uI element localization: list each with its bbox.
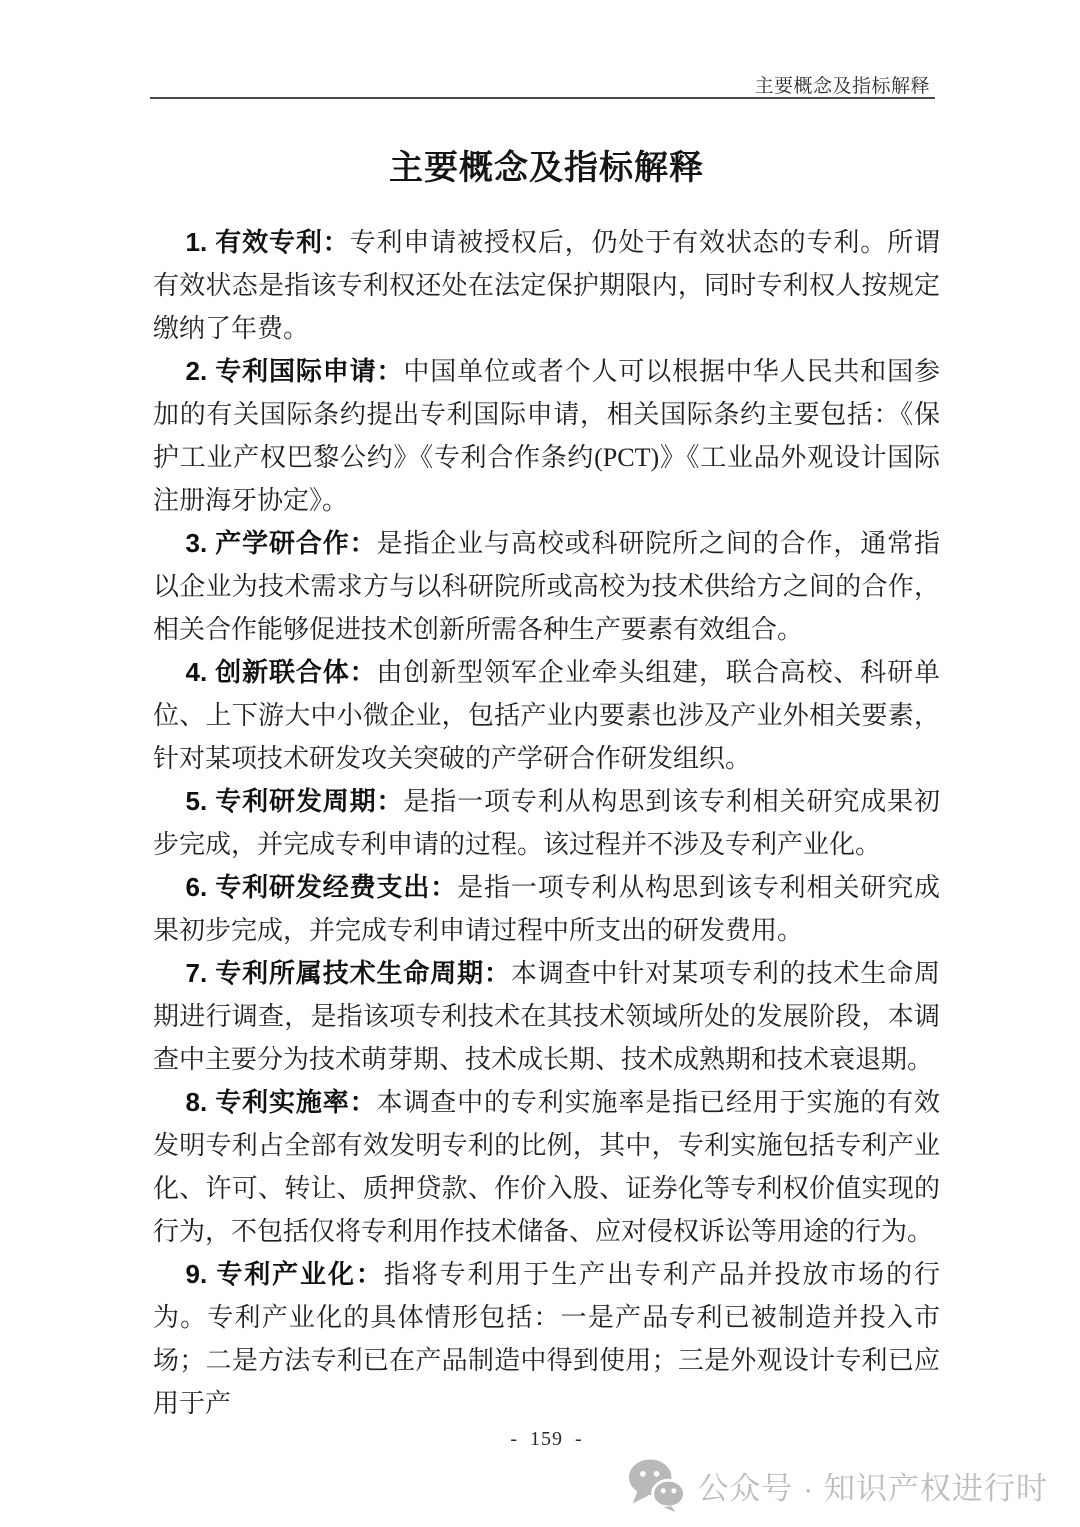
paragraph-7: 7. 专利所属技术生命周期：本调查中针对某项专利的技术生命周期进行调查，是指该项… — [153, 952, 940, 1081]
running-header: 主要概念及指标解释 — [754, 71, 930, 98]
wechat-icon — [627, 1457, 685, 1513]
paragraph-5: 5. 专利研发周期：是指一项专利从构思到该专利相关研究成果初步完成，并完成专利申… — [153, 780, 940, 866]
page-title: 主要概念及指标解释 — [153, 140, 940, 189]
paragraph-4: 4. 创新联合体：由创新型领军企业牵头组建，联合高校、科研单位、上下游大中小微企… — [153, 651, 940, 780]
paragraph-1: 1. 有效专利：专利申请被授权后，仍处于有效状态的专利。所谓有效状态是指该专利权… — [153, 221, 940, 350]
paragraph-2: 2. 专利国际申请：中国单位或者个人可以根据中华人民共和国参加的有关国际条约提出… — [153, 350, 940, 522]
term-label-5: 5. 专利研发周期： — [186, 786, 404, 816]
header-rule — [150, 97, 935, 99]
watermark-text: 公众号 · 知识产权进行时 — [697, 1463, 1048, 1508]
term-label-6: 6. 专利研发经费支出： — [186, 872, 458, 902]
term-label-4: 4. 创新联合体： — [186, 657, 377, 687]
term-label-9: 9. 专利产业化： — [186, 1259, 384, 1289]
term-label-7: 7. 专利所属技术生命周期： — [186, 958, 511, 988]
paragraph-6: 6. 专利研发经费支出：是指一项专利从构思到该专利相关研究成果初步完成，并完成专… — [153, 866, 940, 952]
document-body: 1. 有效专利：专利申请被授权后，仍处于有效状态的专利。所谓有效状态是指该专利权… — [153, 221, 940, 1425]
term-label-1: 1. 有效专利： — [186, 227, 350, 257]
term-label-3: 3. 产学研合作： — [186, 528, 377, 558]
page-number: - 159 - — [153, 1428, 940, 1451]
term-label-8: 8. 专利实施率： — [186, 1087, 377, 1117]
watermark: 公众号 · 知识产权进行时 — [627, 1457, 1048, 1513]
term-label-2: 2. 专利国际申请： — [186, 356, 404, 386]
paragraph-3: 3. 产学研合作：是指企业与高校或科研院所之间的合作，通常指以企业为技术需求方与… — [153, 522, 940, 651]
paragraph-8: 8. 专利实施率：本调查中的专利实施率是指已经用于实施的有效发明专利占全部有效发… — [153, 1081, 940, 1253]
paragraph-9: 9. 专利产业化：指将专利用于生产出专利产品并投放市场的行为。专利产业化的具体情… — [153, 1253, 940, 1425]
